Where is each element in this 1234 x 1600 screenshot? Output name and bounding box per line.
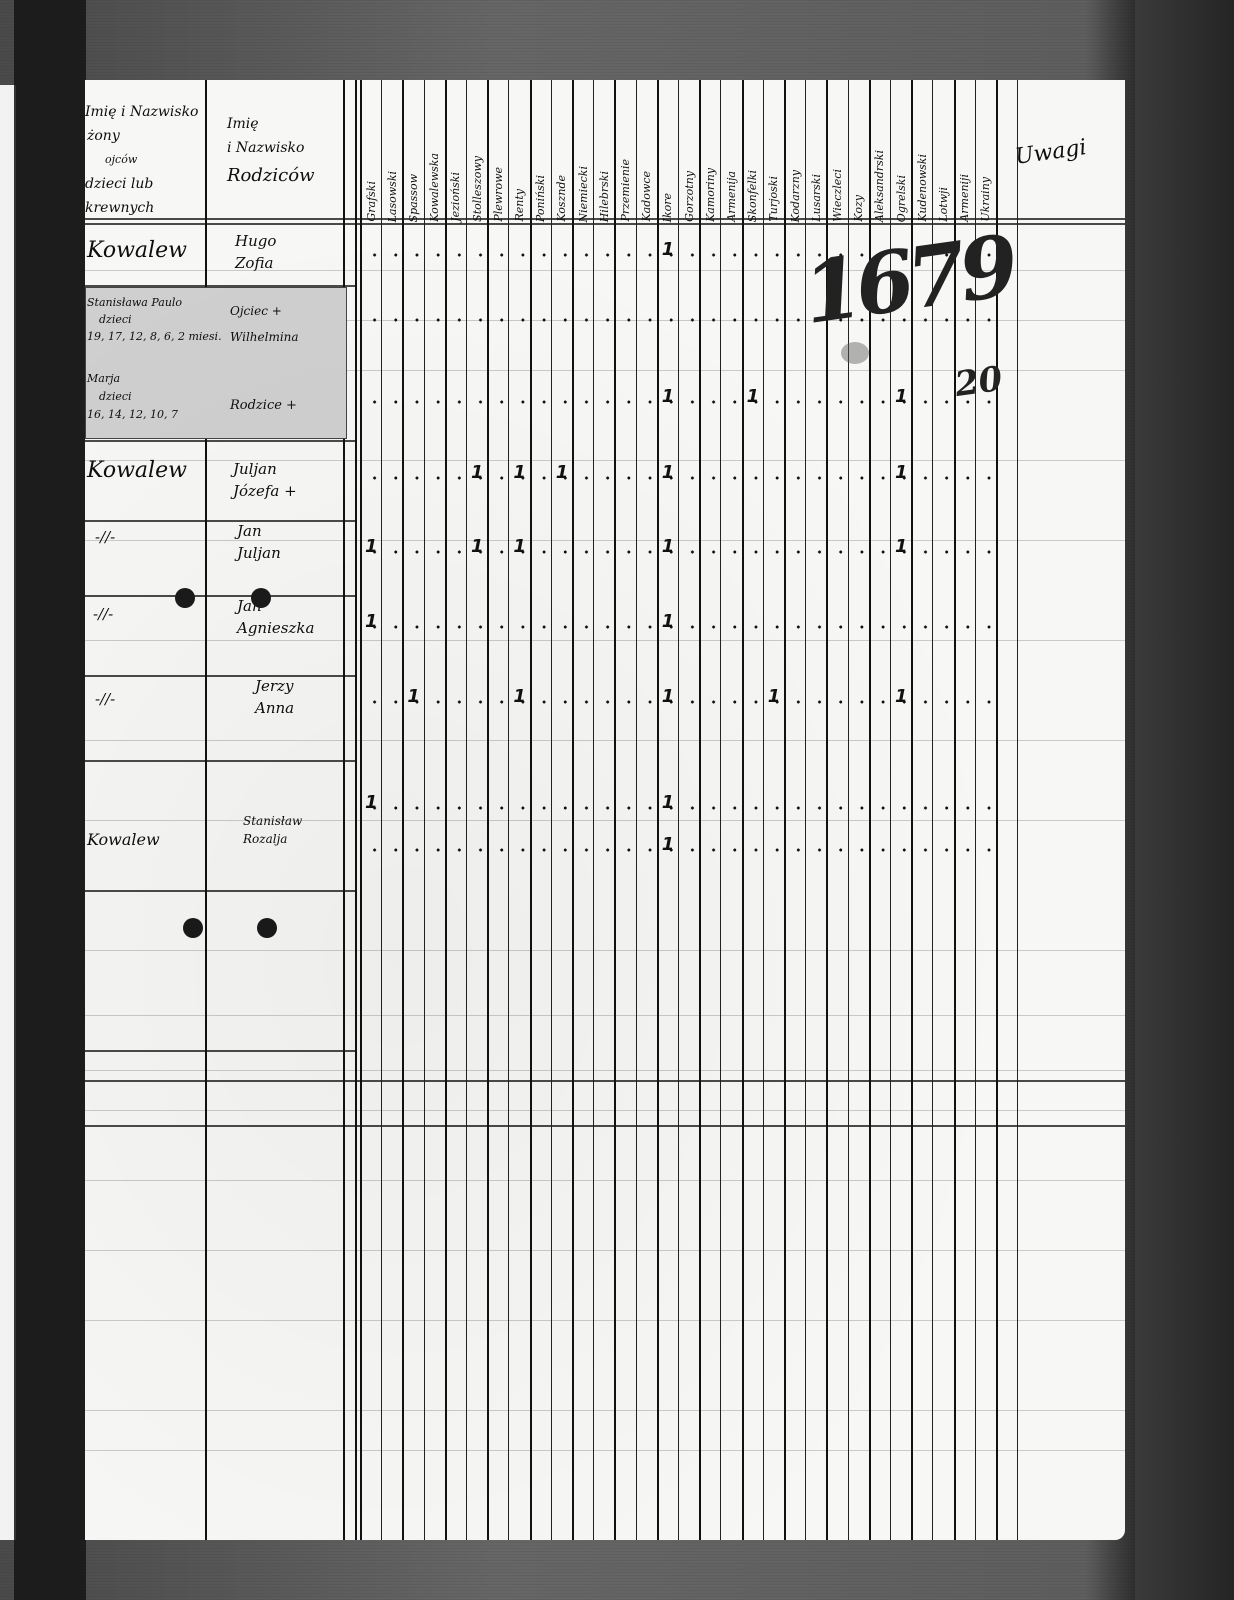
tally-mark: 1 bbox=[513, 536, 526, 557]
tally-mark: 1 bbox=[662, 834, 675, 855]
ruling bbox=[85, 1180, 1125, 1181]
tally-column-line bbox=[402, 80, 404, 1540]
row-rule bbox=[85, 520, 355, 522]
row2-note: Stanisława Paulo dzieci 19, 17, 12, 8, 6… bbox=[87, 294, 222, 345]
punch-hole bbox=[251, 588, 271, 608]
tally-column-line bbox=[593, 80, 594, 1540]
tally-column-line bbox=[614, 80, 616, 1540]
row5-surname: -//- bbox=[95, 528, 115, 546]
tally-mark: 1 bbox=[895, 462, 908, 483]
tally-mark: 1 bbox=[365, 792, 378, 813]
tally-mark: 1 bbox=[662, 792, 675, 813]
tally-mark: 1 bbox=[768, 686, 781, 707]
row3-note: Marja dzieci 16, 14, 12, 10, 7 bbox=[87, 370, 178, 424]
tally-mark: 1 bbox=[513, 462, 526, 483]
header-parents: Imię i Nazwisko Rodziców bbox=[227, 112, 314, 188]
row9-surname: Kowalew bbox=[87, 830, 160, 849]
tally-mark: 1 bbox=[662, 462, 675, 483]
row-rule bbox=[85, 1125, 1125, 1127]
ruling bbox=[85, 820, 1125, 821]
tally-column-line bbox=[551, 80, 552, 1540]
row7-given: JerzyAnna bbox=[255, 675, 294, 719]
tally-mark: 1 bbox=[471, 462, 484, 483]
tally-mark: 1 bbox=[513, 686, 526, 707]
tally-column-line bbox=[1017, 80, 1018, 1540]
ruling bbox=[85, 1250, 1125, 1251]
row7-surname: -//- bbox=[95, 690, 115, 708]
row-rule bbox=[85, 675, 355, 677]
row1-surname: Kowalew bbox=[87, 238, 187, 263]
tally-column-line bbox=[678, 80, 679, 1540]
tally-column-line bbox=[487, 80, 489, 1540]
dotted-leader bbox=[364, 806, 1000, 810]
ruling bbox=[85, 1070, 1125, 1071]
tally-column-line bbox=[466, 80, 467, 1540]
punch-hole bbox=[183, 918, 203, 938]
tally-column-line bbox=[784, 80, 786, 1540]
tally-column-line bbox=[720, 80, 721, 1540]
tally-column-line bbox=[508, 80, 509, 1540]
header-wife-family: Imię i Nazwisko żony ojców dzieci lub kr… bbox=[85, 100, 198, 220]
row-rule bbox=[85, 1080, 1125, 1082]
tally-column-line bbox=[636, 80, 637, 1540]
punch-hole bbox=[175, 588, 195, 608]
tally-column-line bbox=[742, 80, 744, 1540]
ruling bbox=[85, 1320, 1125, 1321]
tally-mark: 1 bbox=[662, 239, 675, 260]
row-rule bbox=[85, 760, 355, 762]
row6-surname: -//- bbox=[93, 605, 113, 623]
tally-mark: 1 bbox=[895, 686, 908, 707]
tally-column-line bbox=[763, 80, 764, 1540]
tally-mark: 1 bbox=[407, 686, 420, 707]
tally-mark: 1 bbox=[747, 386, 760, 407]
tally-mark: 1 bbox=[895, 386, 908, 407]
row2-given: Ojciec +Wilhelmina bbox=[230, 298, 299, 350]
row1-given: HugoZofia bbox=[235, 230, 276, 274]
row3-given: Rodzice + bbox=[230, 398, 297, 413]
row9-given: StanisławRozalja bbox=[243, 812, 302, 848]
tally-column-line bbox=[424, 80, 425, 1540]
archive-number-annotation: 1679 bbox=[797, 216, 1019, 343]
tally-column-line bbox=[445, 80, 447, 1540]
ruling bbox=[85, 1410, 1125, 1411]
secondary-number-annotation: 20 bbox=[952, 359, 1004, 405]
tally-mark: 1 bbox=[662, 611, 675, 632]
tally-column-line bbox=[657, 80, 659, 1540]
tally-mark: 1 bbox=[365, 611, 378, 632]
dotted-leader bbox=[364, 848, 1000, 852]
tally-mark: 1 bbox=[662, 386, 675, 407]
dotted-leader bbox=[364, 625, 1000, 629]
ruling bbox=[85, 640, 1125, 641]
row5-given: JanJuljan bbox=[237, 520, 281, 564]
binding-shadow-left bbox=[14, 0, 86, 1600]
punch-hole bbox=[257, 918, 277, 938]
tally-column-line bbox=[699, 80, 701, 1540]
ruling bbox=[85, 1450, 1125, 1451]
register-page: Imię i Nazwisko żony ojców dzieci lub kr… bbox=[85, 80, 1125, 1540]
row6-given: JanAgnieszka bbox=[237, 595, 314, 639]
tally-mark: 1 bbox=[556, 462, 569, 483]
ruling bbox=[85, 1110, 1125, 1111]
column-header: Ukrainy bbox=[974, 102, 998, 222]
row-rule bbox=[85, 595, 355, 597]
remarks-header: Uwagi bbox=[1014, 135, 1088, 170]
row4-surname: Kowalew bbox=[87, 458, 187, 483]
row-rule bbox=[85, 440, 355, 442]
divider-tally-start bbox=[355, 80, 357, 1540]
tally-column-line bbox=[360, 80, 362, 1540]
scanner-shadow-right bbox=[1135, 0, 1234, 1600]
ruling bbox=[85, 740, 1125, 741]
ruling bbox=[85, 1015, 1125, 1016]
tally-mark: 1 bbox=[471, 536, 484, 557]
row4-given: JuljanJózefa + bbox=[233, 458, 297, 502]
row-rule bbox=[85, 890, 355, 892]
tally-mark: 1 bbox=[895, 536, 908, 557]
ink-stain bbox=[841, 342, 869, 364]
row-rule bbox=[85, 1050, 355, 1052]
tally-mark: 1 bbox=[662, 686, 675, 707]
tally-mark: 1 bbox=[662, 536, 675, 557]
tally-column-line bbox=[530, 80, 532, 1540]
tally-mark: 1 bbox=[365, 536, 378, 557]
ruling bbox=[85, 950, 1125, 951]
tally-column-line bbox=[381, 80, 382, 1540]
tally-column-line bbox=[572, 80, 574, 1540]
